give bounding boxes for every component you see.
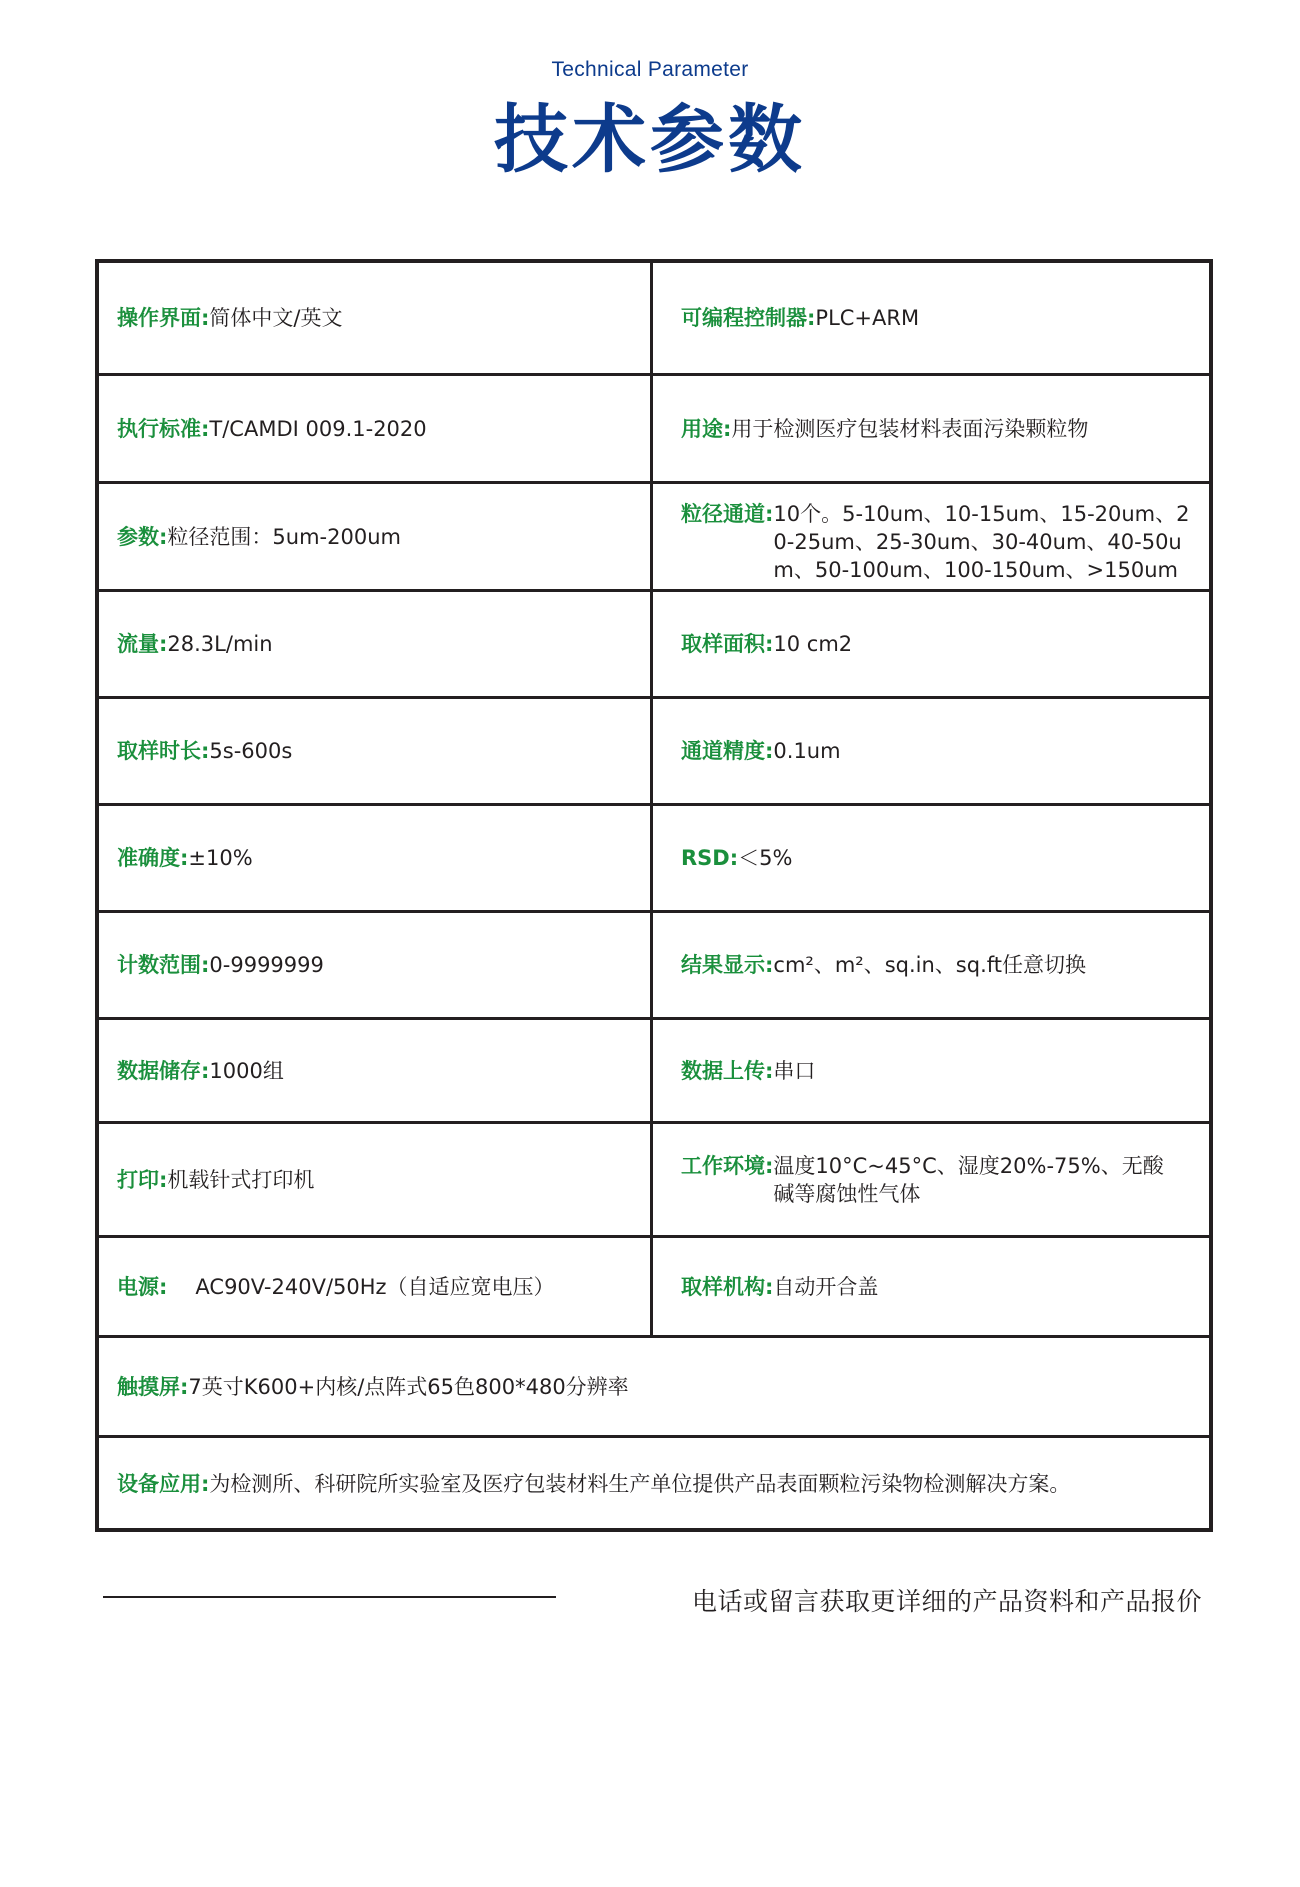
footer-divider xyxy=(103,1596,556,1598)
param-label: 取样时长: xyxy=(117,737,209,765)
param-cell: 准确度:±10% xyxy=(99,806,650,910)
param-label: 计数范围: xyxy=(117,951,209,979)
param-label: 可编程控制器: xyxy=(681,304,815,332)
footer-contact-text: 电话或留言获取更详细的产品资料和产品报价 xyxy=(692,1582,1202,1618)
param-cell-full: 设备应用:为检测所、科研院所实验室及医疗包装材料生产单位提供产品表面颗粒污染物检… xyxy=(99,1438,1209,1529)
param-label: RSD: xyxy=(681,844,738,872)
param-value: 10个。5-10um、10-15um、15-20um、20-25um、25-30… xyxy=(773,500,1198,584)
param-label: 用途: xyxy=(681,415,731,443)
param-label: 取样面积: xyxy=(681,630,773,658)
param-value: 用于检测医疗包装材料表面污染颗粒物 xyxy=(731,415,1088,443)
param-cell-full: 触摸屏:7英寸K600+内核/点阵式65色800*480分辨率 xyxy=(99,1338,1209,1435)
param-label: 数据上传: xyxy=(681,1057,773,1085)
param-label: 工作环境: xyxy=(681,1152,773,1180)
param-value: 粒径范围：5um-200um xyxy=(167,523,401,551)
param-label: 数据储存: xyxy=(117,1057,209,1085)
param-cell: 数据储存:1000组 xyxy=(99,1020,650,1121)
param-cell: 取样时长:5s-600s xyxy=(99,699,650,803)
param-cell: 可编程控制器:PLC+ARM xyxy=(653,263,1209,373)
param-value: ±10% xyxy=(188,844,252,872)
param-value: 温度10°C~45°C、湿度20%-75%、无酸碱等腐蚀性气体 xyxy=(773,1152,1183,1208)
param-cell: 操作界面:简体中文/英文 xyxy=(99,263,650,373)
param-cell: 粒径通道:10个。5-10um、10-15um、15-20um、20-25um、… xyxy=(653,484,1209,589)
param-value: 1000组 xyxy=(209,1057,283,1085)
param-cell: RSD:＜5% xyxy=(653,806,1209,910)
parameter-table: 操作界面:简体中文/英文 可编程控制器:PLC+ARM 执行标准:T/CAMDI… xyxy=(95,259,1213,1532)
param-cell: 打印:机载针式打印机 xyxy=(99,1124,650,1235)
param-value: 7英寸K600+内核/点阵式65色800*480分辨率 xyxy=(188,1373,628,1401)
param-value: T/CAMDI 009.1-2020 xyxy=(209,415,426,443)
param-cell: 用途:用于检测医疗包装材料表面污染颗粒物 xyxy=(653,376,1209,481)
param-cell: 执行标准:T/CAMDI 009.1-2020 xyxy=(99,376,650,481)
param-value: 自动开合盖 xyxy=(773,1273,878,1301)
param-label: 电源: xyxy=(117,1273,167,1301)
param-cell: 取样面积:10 cm2 xyxy=(653,592,1209,696)
param-value: 0.1um xyxy=(773,737,840,765)
param-value: 0-9999999 xyxy=(209,951,323,979)
param-cell: 数据上传:串口 xyxy=(653,1020,1209,1121)
param-value: cm²、m²、sq.in、sq.ft任意切换 xyxy=(773,951,1086,979)
param-value: PLC+ARM xyxy=(815,304,919,332)
param-cell: 计数范围:0-9999999 xyxy=(99,913,650,1017)
param-label: 执行标准: xyxy=(117,415,209,443)
param-label: 流量: xyxy=(117,630,167,658)
param-cell: 结果显示:cm²、m²、sq.in、sq.ft任意切换 xyxy=(653,913,1209,1017)
param-value: 10 cm2 xyxy=(773,630,852,658)
param-label: 粒径通道: xyxy=(681,500,773,528)
param-label: 打印: xyxy=(117,1166,167,1194)
param-cell: 取样机构:自动开合盖 xyxy=(653,1238,1209,1335)
param-label: 触摸屏: xyxy=(117,1373,188,1401)
param-value: 机载针式打印机 xyxy=(167,1166,314,1194)
param-value: ＜5% xyxy=(738,844,792,872)
param-label: 操作界面: xyxy=(117,304,209,332)
param-label: 结果显示: xyxy=(681,951,773,979)
param-label: 准确度: xyxy=(117,844,188,872)
param-value: 28.3L/min xyxy=(167,630,272,658)
param-value: 5s-600s xyxy=(209,737,292,765)
param-label: 参数: xyxy=(117,523,167,551)
param-cell: 通道精度:0.1um xyxy=(653,699,1209,803)
param-cell: 工作环境:温度10°C~45°C、湿度20%-75%、无酸碱等腐蚀性气体 xyxy=(653,1124,1209,1235)
param-cell: 电源:AC90V-240V/50Hz（自适应宽电压） xyxy=(99,1238,650,1335)
param-value: 简体中文/英文 xyxy=(209,304,342,332)
page-title: 技术参数 xyxy=(0,95,1300,185)
param-label: 通道精度: xyxy=(681,737,773,765)
param-cell: 流量:28.3L/min xyxy=(99,592,650,696)
param-label: 设备应用: xyxy=(117,1470,209,1498)
param-value: AC90V-240V/50Hz（自适应宽电压） xyxy=(195,1273,554,1301)
param-label: 取样机构: xyxy=(681,1273,773,1301)
param-cell: 参数:粒径范围：5um-200um xyxy=(99,484,650,589)
param-value: 为检测所、科研院所实验室及医疗包装材料生产单位提供产品表面颗粒污染物检测解决方案… xyxy=(209,1470,1070,1498)
param-value: 串口 xyxy=(773,1057,815,1085)
page-subtitle: Technical Parameter xyxy=(0,58,1300,82)
